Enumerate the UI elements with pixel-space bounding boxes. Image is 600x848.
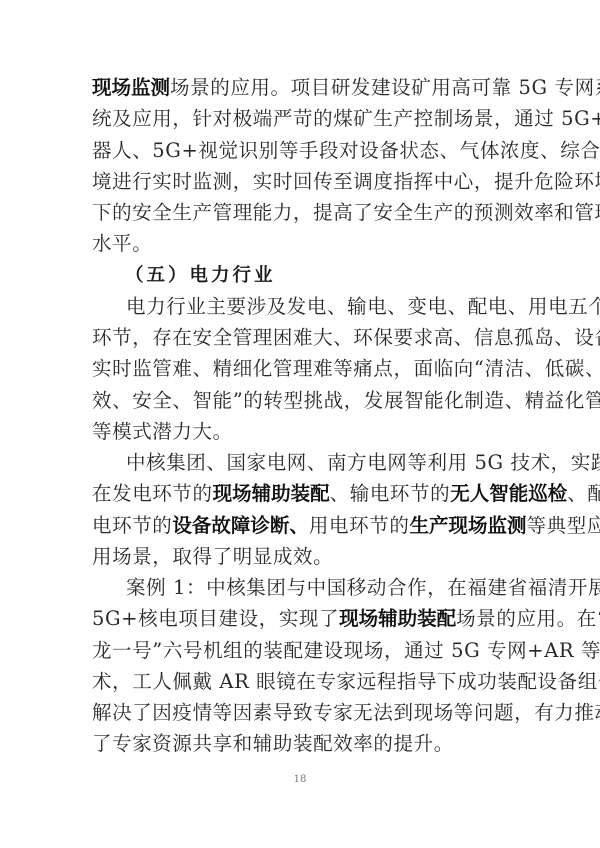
page-number: 18: [0, 774, 600, 785]
text-line: 环节，存在安全管理困难大、环保要求高、信息孤岛、设备: [92, 322, 510, 353]
bold-term: 现场辅助装配: [339, 607, 456, 630]
paragraph-case-1: 案例 1：中核集团与中国移动合作，在福建省福清开展 5G+核电项目建设，实现了现…: [92, 572, 510, 760]
text-line: 在发电环节的现场辅助装配、输电环节的无人智能巡检、配: [92, 478, 510, 509]
bold-term: 现场辅助装配: [213, 482, 330, 505]
text-segment: 用场景，取得了明显成效。: [92, 545, 333, 568]
text-line: 了专家资源共享和辅助装配效率的提升。: [92, 728, 510, 759]
text-segment: 术，工人佩戴 AR 眼镜在专家远程指导下成功装配设备组件，: [92, 670, 600, 693]
paragraph-mining-continuation: 现场监测场景的应用。项目研发建设矿用高可靠 5G 专网系 统及应用，针对极端严苛…: [92, 72, 510, 260]
text-segment: 场景的应用。项目研发建设矿用高可靠 5G 专网系: [170, 76, 600, 99]
text-line: 中核集团、国家电网、南方电网等利用 5G 技术，实践: [92, 447, 510, 478]
text-line: 案例 1：中核集团与中国移动合作，在福建省福清开展: [92, 572, 510, 603]
text-segment: 用电环节的: [309, 514, 410, 537]
text-segment: 、配: [567, 482, 600, 505]
text-segment: 、输电环节的: [330, 482, 451, 505]
text-line: 效、安全、智能”的转型挑战，发展智能化制造、精益化管理: [92, 385, 510, 416]
text-segment: 中核集团、国家电网、南方电网等利用 5G 技术，实践: [126, 451, 600, 474]
text-segment: 器人、5G+视觉识别等手段对设备状态、气体浓度、综合环: [92, 139, 600, 162]
text-segment: 等典型应: [526, 514, 600, 537]
text-line: 等模式潜力大。: [92, 416, 510, 447]
text-line: 电环节的设备故障诊断、用电环节的生产现场监测等典型应: [92, 510, 510, 541]
section-heading: （五）电力行业: [92, 260, 510, 291]
text-line: 电力行业主要涉及发电、输电、变电、配电、用电五个: [92, 291, 510, 322]
text-line: 用场景，取得了明显成效。: [92, 541, 510, 572]
text-segment: 场景的应用。在“华: [456, 607, 600, 630]
text-line: 术，工人佩戴 AR 眼镜在专家远程指导下成功装配设备组件，: [92, 666, 510, 697]
text-segment: 等模式潜力大。: [92, 420, 233, 443]
text-line: 水平。: [92, 228, 510, 259]
text-line: 统及应用，针对极端严苛的煤矿生产控制场景，通过 5G+机: [92, 103, 510, 134]
text-line: 5G+核电项目建设，实现了现场辅助装配场景的应用。在“华: [92, 603, 510, 634]
text-line: 现场监测场景的应用。项目研发建设矿用高可靠 5G 专网系: [92, 72, 510, 103]
bold-term: 生产现场监测: [409, 514, 526, 537]
text-segment: 环节，存在安全管理困难大、环保要求高、信息孤岛、设备: [92, 326, 600, 349]
text-line: 实时监管难、精细化管理难等痛点，面临向“清洁、低碳、高: [92, 353, 510, 384]
bold-term: 无人智能巡检: [450, 482, 567, 505]
text-line: 龙一号”六号机组的装配建设现场，通过 5G 专网+AR 等技: [92, 635, 510, 666]
document-page: 现场监测场景的应用。项目研发建设矿用高可靠 5G 专网系 统及应用，针对极端严苛…: [92, 72, 510, 760]
text-segment: 实时监管难、精细化管理难等痛点，面临向“清洁、低碳、高: [92, 357, 600, 380]
paragraph-power-overview: 电力行业主要涉及发电、输电、变电、配电、用电五个 环节，存在安全管理困难大、环保…: [92, 291, 510, 447]
text-segment: 在发电环节的: [92, 482, 213, 505]
bold-term: 现场监测: [92, 76, 170, 99]
text-segment: 龙一号”六号机组的装配建设现场，通过 5G 专网+AR 等技: [92, 639, 600, 662]
text-line: 解决了因疫情等因素导致专家无法到现场等问题，有力推动: [92, 697, 510, 728]
text-segment: 解决了因疫情等因素导致专家无法到现场等问题，有力推动: [92, 701, 600, 724]
text-line: 下的安全生产管理能力，提高了安全生产的预测效率和管理: [92, 197, 510, 228]
text-segment: 效、安全、智能”的转型挑战，发展智能化制造、精益化管理: [92, 389, 600, 412]
text-line: 器人、5G+视觉识别等手段对设备状态、气体浓度、综合环: [92, 135, 510, 166]
text-segment: 下的安全生产管理能力，提高了安全生产的预测效率和管理: [92, 201, 600, 224]
text-segment: 了专家资源共享和辅助装配效率的提升。: [92, 732, 454, 755]
text-segment: 5G+核电项目建设，实现了: [92, 607, 339, 630]
text-segment: 水平。: [92, 232, 152, 255]
bold-term: 设备故障诊断、: [172, 514, 309, 537]
text-line: 境进行实时监测，实时回传至调度指挥中心，提升危险环境: [92, 166, 510, 197]
text-segment: 电力行业主要涉及发电、输电、变电、配电、用电五个: [126, 295, 600, 318]
paragraph-power-practice: 中核集团、国家电网、南方电网等利用 5G 技术，实践 在发电环节的现场辅助装配、…: [92, 447, 510, 572]
text-segment: 案例 1：中核集团与中国移动合作，在福建省福清开展: [126, 576, 600, 599]
text-segment: 境进行实时监测，实时回传至调度指挥中心，提升危险环境: [92, 170, 600, 193]
text-segment: 统及应用，针对极端严苛的煤矿生产控制场景，通过 5G+机: [92, 107, 600, 130]
text-segment: 电环节的: [92, 514, 172, 537]
